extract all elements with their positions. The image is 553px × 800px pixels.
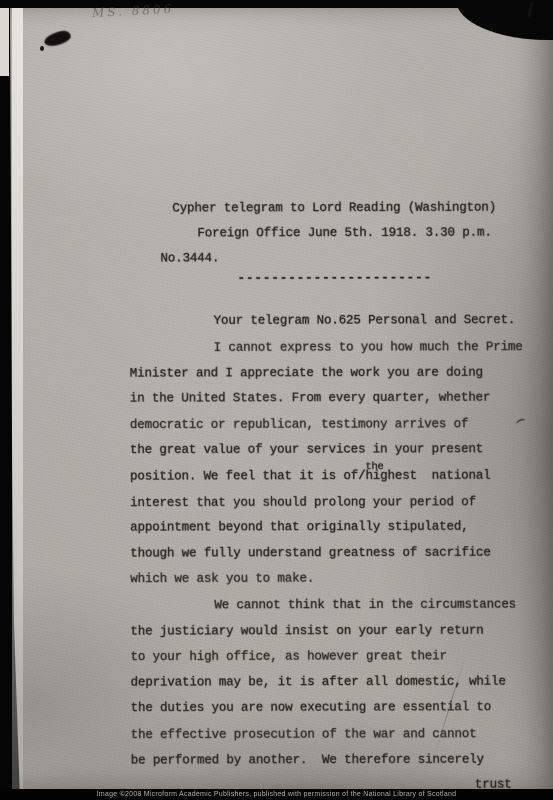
page-edge-sliver [0,0,9,76]
telegram-line: position. We feel that it is of/thehighe… [130,463,553,490]
telegram-body: Your telegram No.625 Personal and Secret… [130,308,553,799]
telegram-line: Minister and I appreciate the work you a… [130,360,553,387]
torn-corner-top-right [456,0,553,40]
credit-text: Image ©2008 Microform Academic Publisher… [97,791,457,798]
line-text-after-insert: highest national [365,468,490,482]
telegram-origin-line: Foreign Office June 5th. 1918. 3.30 p.m. [197,220,552,246]
line-text-before-insert: position. We feel that it is of/ [130,469,365,484]
telegram-line: the justiciary would insist on your earl… [130,618,553,645]
telegram-line: the great value of your services in your… [130,437,553,464]
telegram-line: which we ask you to make. [130,566,553,593]
telegram-line: We cannot think that in the circumstance… [130,592,553,619]
telegram-line: be performed by another. We therefore si… [131,747,553,774]
telegram-document: Cypher telegram to Lord Reading (Washing… [129,195,553,799]
separator-dashes: ----------------------- [237,270,552,287]
telegram-line: interest that you should prolong your pe… [130,489,553,516]
credit-bar: Image ©2008 Microform Academic Publisher… [0,789,553,800]
telegram-line: the effective prosecution of the war and… [131,722,553,749]
pencil-shelfmark-annotation: MS. 8806 [92,2,175,20]
telegram-line: I cannot express to you how much the Pri… [130,335,553,362]
telegram-line: to your high office, as however great th… [130,644,553,671]
telegram-number-line: No.3444. [160,245,552,271]
ink-dot [40,46,44,51]
telegram-line: deprivation may be, it is after all dome… [130,670,553,697]
paper-edge-highlight [12,0,23,800]
ink-blot [43,29,72,47]
telegram-title-line: Cypher telegram to Lord Reading (Washing… [172,195,552,221]
telegram-line: the duties you are now executing are ess… [131,695,553,722]
scanned-page: MS. 8806 Cypher telegram to Lord Reading… [0,0,553,800]
telegram-line: democratic or republican, testimony arri… [130,412,553,439]
telegram-line: appointment beyond that originally stipu… [130,515,553,542]
telegram-line: in the United States. From every quarter… [130,386,553,413]
telegram-line: though we fully understand greatness of … [130,541,553,568]
telegram-line: Your telegram No.625 Personal and Secret… [130,308,553,335]
